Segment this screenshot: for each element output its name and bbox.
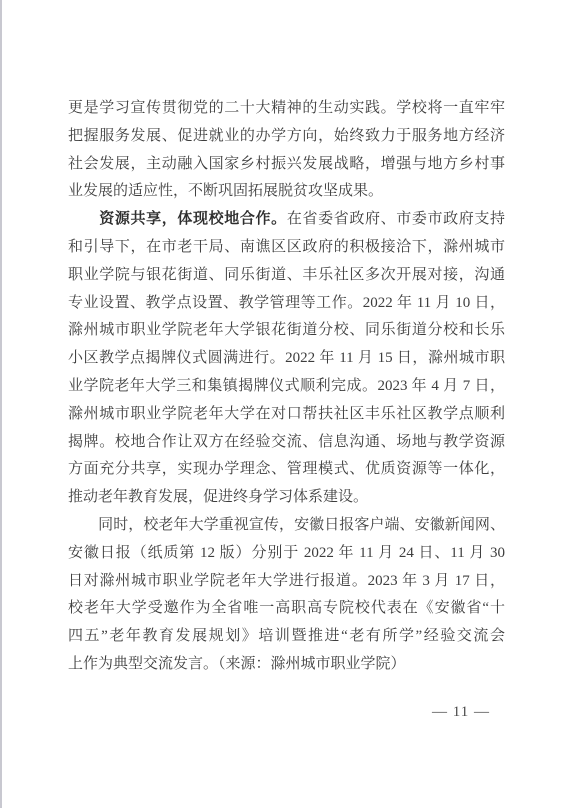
text-line: 资源共享，体现校地合作。在省委省政府、市委市政府支持	[68, 206, 505, 234]
text-segment: 四五”老年教育发展规划》培训暨推进“老有所学”经验交流会	[68, 628, 505, 644]
text-block: 更是学习宣传贯彻党的二十大精神的生动实践。学校将一直牢牢把握服务发展、促进就业的…	[68, 95, 505, 679]
text-line: 日对滁州城市职业学院老年大学进行报道。2023 年 3 月 17 日，	[68, 568, 505, 596]
text-line: 和引导下，在市老干局、南谯区区政府的积极接洽下，滁州城市	[68, 234, 505, 262]
bold-lead-text: 资源共享，体现校地合作。	[99, 211, 287, 227]
text-segment: 上作为典型交流发言。（来源：滁州城市职业学院）	[68, 656, 406, 672]
text-line: 揭牌。校地合作让双方在经验交流、信息沟通、场地与教学资源	[68, 429, 505, 457]
text-line: 更是学习宣传贯彻党的二十大精神的生动实践。学校将一直牢牢	[68, 95, 505, 123]
text-line: 安徽日报（纸质第 12 版）分别于 2022 年 11 月 24 日、11 月 …	[68, 540, 505, 568]
text-segment: 社会发展，主动融入国家乡村振兴发展战略，增强与地方乡村事	[68, 156, 505, 172]
text-segment: 小区教学点揭牌仪式圆满进行。2022 年 11 月 15 日，滁州城市职	[68, 350, 505, 366]
text-line: 四五”老年教育发展规划》培训暨推进“老有所学”经验交流会	[68, 623, 505, 651]
scan-edge	[0, 0, 2, 808]
text-segment: 业发展的适应性，不断巩固拓展脱贫攻坚成果。	[68, 183, 383, 199]
text-segment: 方面充分共享，实现办学理念、管理模式、优质资源等一体化，	[68, 461, 505, 477]
text-segment: 推动老年教育发展，促进终身学习体系建设。	[68, 489, 368, 505]
text-segment: 滁州城市职业学院老年大学银花街道分校、同乐街道分校和长乐	[68, 322, 505, 338]
text-segment: 安徽日报（纸质第 12 版）分别于 2022 年 11 月 24 日、11 月 …	[68, 545, 505, 561]
text-segment: 业学院老年大学三和集镇揭牌仪式顺利完成。2023 年 4 月 7 日，	[68, 378, 505, 394]
text-line: 推动老年教育发展，促进终身学习体系建设。	[68, 484, 505, 512]
text-segment	[68, 211, 99, 227]
text-line: 职业学院与银花街道、同乐街道、丰乐社区多次开展对接，沟通	[68, 262, 505, 290]
text-segment: 日对滁州城市职业学院老年大学进行报道。2023 年 3 月 17 日，	[68, 573, 505, 589]
text-segment: 在省委省政府、市委市政府支持	[287, 211, 505, 227]
text-line: 滁州城市职业学院老年大学银花街道分校、同乐街道分校和长乐	[68, 317, 505, 345]
text-segment: 同时，校老年大学重视宣传，安徽日报客户端、安徽新闻网、	[68, 517, 505, 533]
text-line: 业学院老年大学三和集镇揭牌仪式顺利完成。2023 年 4 月 7 日，	[68, 373, 505, 401]
text-line: 小区教学点揭牌仪式圆满进行。2022 年 11 月 15 日，滁州城市职	[68, 345, 505, 373]
text-line: 校老年大学受邀作为全省唯一高职高专院校代表在《安徽省“十	[68, 595, 505, 623]
text-segment: 校老年大学受邀作为全省唯一高职高专院校代表在《安徽省“十	[68, 600, 505, 616]
text-line: 滁州城市职业学院老年大学在对口帮扶社区丰乐社区教学点顺利	[68, 401, 505, 429]
text-segment: 滁州城市职业学院老年大学在对口帮扶社区丰乐社区教学点顺利	[68, 406, 505, 422]
text-line: 方面充分共享，实现办学理念、管理模式、优质资源等一体化，	[68, 456, 505, 484]
page-number: — 11 —	[432, 703, 490, 721]
text-segment: 专业设置、教学点设置、教学管理等工作。2022 年 11 月 10 日，	[68, 295, 505, 311]
text-line: 业发展的适应性，不断巩固拓展脱贫攻坚成果。	[68, 178, 505, 206]
text-line: 上作为典型交流发言。（来源：滁州城市职业学院）	[68, 651, 505, 679]
text-segment: 和引导下，在市老干局、南谯区区政府的积极接洽下，滁州城市	[68, 239, 505, 255]
text-line: 同时，校老年大学重视宣传，安徽日报客户端、安徽新闻网、	[68, 512, 505, 540]
text-segment: 更是学习宣传贯彻党的二十大精神的生动实践。学校将一直牢牢	[68, 100, 505, 116]
text-line: 社会发展，主动融入国家乡村振兴发展战略，增强与地方乡村事	[68, 151, 505, 179]
text-segment: 揭牌。校地合作让双方在经验交流、信息沟通、场地与教学资源	[68, 434, 505, 450]
text-line: 专业设置、教学点设置、教学管理等工作。2022 年 11 月 10 日，	[68, 290, 505, 318]
text-line: 把握服务发展、促进就业的办学方向，始终致力于服务地方经济	[68, 123, 505, 151]
document-page: 更是学习宣传贯彻党的二十大精神的生动实践。学校将一直牢牢把握服务发展、促进就业的…	[0, 0, 572, 808]
text-segment: 把握服务发展、促进就业的办学方向，始终致力于服务地方经济	[68, 128, 505, 144]
text-segment: 职业学院与银花街道、同乐街道、丰乐社区多次开展对接，沟通	[68, 267, 505, 283]
